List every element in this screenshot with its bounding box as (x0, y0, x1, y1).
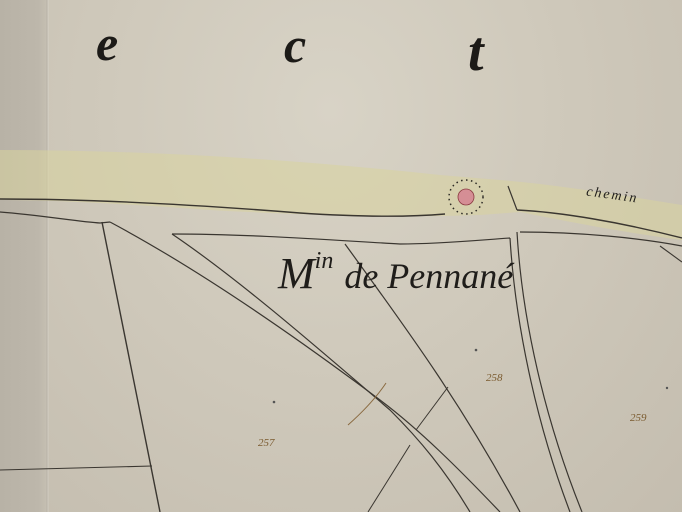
title-letter-c: c (284, 20, 306, 70)
title-letter-e: e (96, 18, 118, 68)
parcel-number-257: 257 (258, 437, 275, 449)
parcel-diag-right (660, 246, 682, 262)
road-vertical-a (510, 238, 570, 512)
mill-label-name: de Pennané (344, 256, 513, 296)
parcel-cross-line-2 (368, 445, 410, 512)
road-vertical-b (517, 232, 582, 512)
parcel-cross-line (416, 387, 448, 430)
pencil-mark (348, 383, 386, 425)
parcel-top-line (172, 234, 510, 244)
parcel-number-258: 258 (486, 372, 503, 384)
road-lower-line (0, 212, 110, 223)
mill-label: Min de Pennané (278, 248, 513, 299)
parcel-bottom-line (0, 466, 152, 470)
mill-label-abbrev: M (278, 249, 315, 298)
title-letter-t: t (468, 24, 484, 80)
parcel-left-vertical (102, 222, 160, 512)
parcel-number-259: 259 (630, 412, 647, 424)
mill-label-superscript: in (315, 248, 334, 274)
